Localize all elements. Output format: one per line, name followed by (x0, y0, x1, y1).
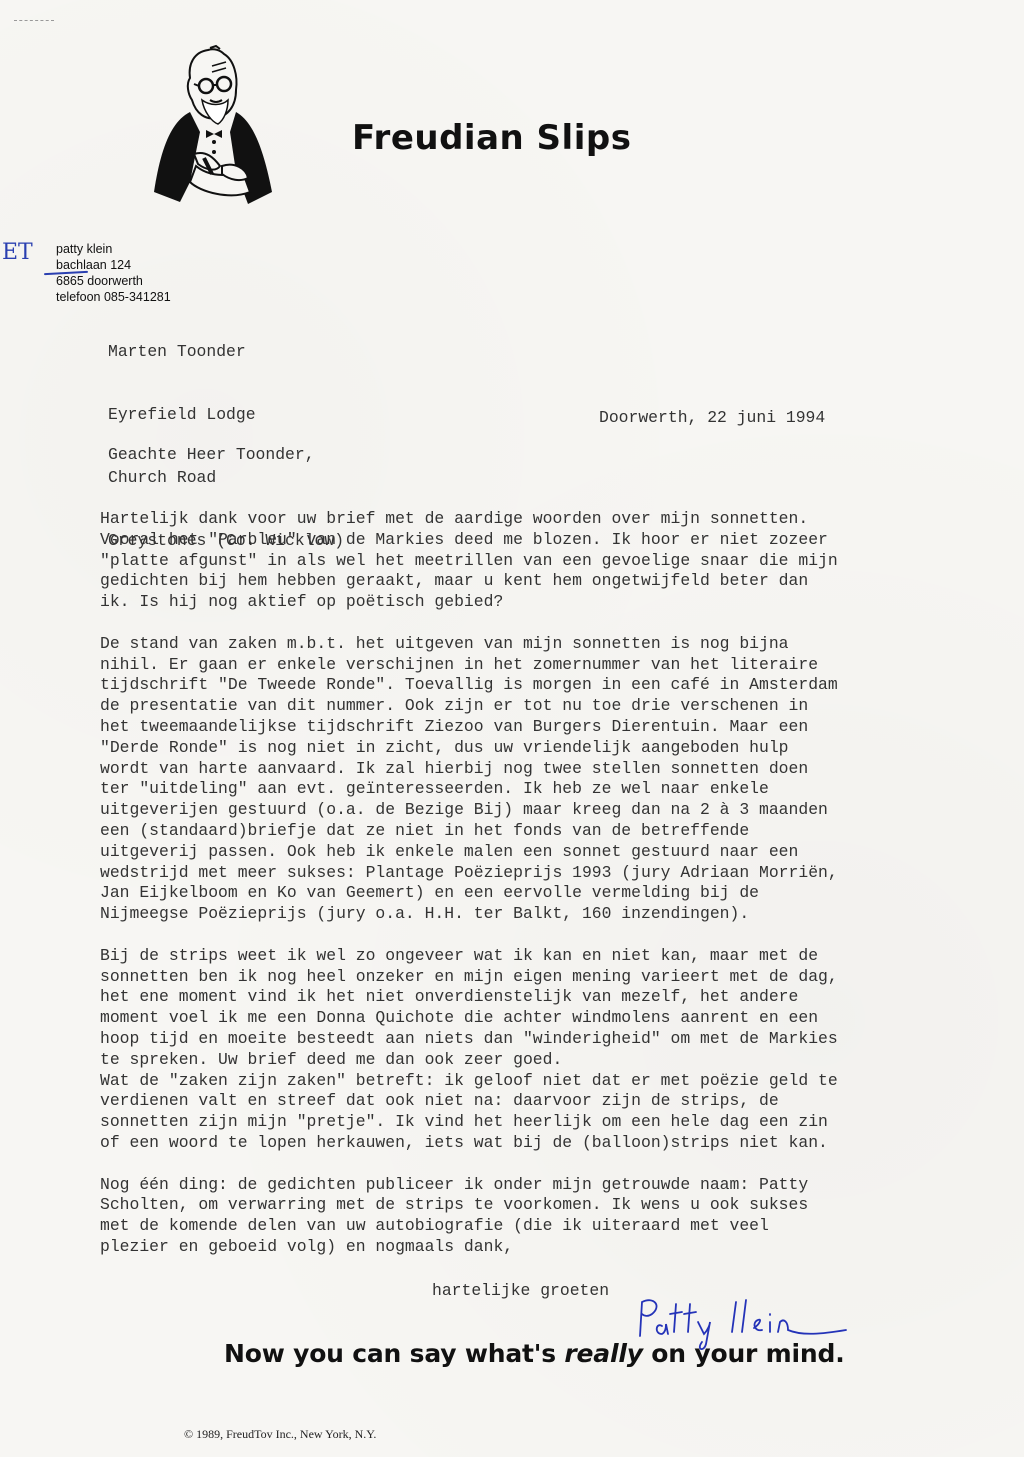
paragraph: Hartelijk dank voor uw brief met de aard… (100, 509, 920, 613)
text-line: Jan Eijkelboom en Ko van Geemert) en een… (100, 883, 920, 904)
text-line: of een woord te lopen herkauwen, iets wa… (100, 1133, 920, 1154)
freud-caricature-icon (150, 42, 282, 208)
text-line: De stand van zaken m.b.t. het uitgeven v… (100, 634, 920, 655)
copyright-notice: © 1989, FreudTov Inc., New York, N.Y. (184, 1427, 376, 1442)
paragraph: Bij de strips weet ik wel zo ongeveer wa… (100, 946, 920, 1154)
text-line: "Derde Ronde" is nog niet in zicht, dus … (100, 738, 920, 759)
tagline-start: Now you can say what's (224, 1339, 564, 1368)
text-line: moment voel ik me een Donna Quichote die… (100, 1008, 920, 1029)
text-line: sonnetten zijn mijn "pretje". Ik vind he… (100, 1112, 920, 1133)
text-line: nihil. Er gaan er enkele verschijnen in … (100, 655, 920, 676)
tagline-end: on your mind. (643, 1339, 845, 1368)
tagline-emphasis: really (564, 1339, 642, 1368)
recipient-house: Eyrefield Lodge (108, 404, 344, 425)
salutation: Geachte Heer Toonder, (108, 445, 315, 464)
letter-body: Hartelijk dank voor uw brief met de aard… (100, 509, 920, 1278)
text-line: het tweemaandelijkse tijdschrift Ziezoo … (100, 717, 920, 738)
text-line: plezier en geboeid volg) en nogmaals dan… (100, 1237, 920, 1258)
sender-name: patty klein (56, 241, 171, 257)
sender-street: bachlaan 124 (56, 257, 171, 273)
paragraph: De stand van zaken m.b.t. het uitgeven v… (100, 634, 920, 925)
text-line: ter "uitdeling" aan evt. geïnteresseerde… (100, 779, 920, 800)
text-line: wedstrijd met meer sukses: Plantage Poëz… (100, 863, 920, 884)
footer-tagline: Now you can say what's really on your mi… (224, 1339, 845, 1368)
text-line: "platte afgunst" in als wel het meetrill… (100, 551, 920, 572)
text-line: Bij de strips weet ik wel zo ongeveer wa… (100, 946, 920, 967)
text-line: te spreken. Uw brief deed me dan ook zee… (100, 1050, 920, 1071)
text-line: tijdschrift "De Tweede Ronde". Toevallig… (100, 675, 920, 696)
text-line: een (standaard)briefje dat ze niet in he… (100, 821, 920, 842)
letter-date: Doorwerth, 22 juni 1994 (599, 408, 825, 427)
text-line: gedichten bij hem hebben geraakt, maar u… (100, 571, 920, 592)
recipient-name: Marten Toonder (108, 341, 344, 362)
text-line: Hartelijk dank voor uw brief met de aard… (100, 509, 920, 530)
text-line: het ene moment vind ik het niet onverdie… (100, 987, 920, 1008)
text-line: wordt van harte aanvaard. Ik zal hierbij… (100, 759, 920, 780)
sender-address: patty klein bachlaan 124 6865 doorwerth … (56, 241, 171, 305)
pencil-mark (14, 20, 54, 24)
text-line: uitgeverij passen. Ook heb ik enkele mal… (100, 842, 920, 863)
brand-name: Freudian Slips (352, 118, 631, 158)
text-line: Vooral het "Parbleu" van de Markies deed… (100, 530, 920, 551)
paragraph: Nog één ding: de gedichten publiceer ik … (100, 1175, 920, 1258)
text-line: met de komende delen van uw autobiografi… (100, 1216, 920, 1237)
handwritten-annotation: ET (2, 240, 33, 265)
text-line: Nijmeegse Poëzieprijs (jury o.a. H.H. te… (100, 904, 920, 925)
recipient-street: Church Road (108, 467, 344, 488)
text-line: hoop tijd en moeite besteedt aan niets d… (100, 1029, 920, 1050)
sender-city: 6865 doorwerth (56, 273, 171, 289)
closing: hartelijke groeten (432, 1281, 609, 1300)
text-line: de presentatie van dit nummer. Ook zijn … (100, 696, 920, 717)
text-line: Nog één ding: de gedichten publiceer ik … (100, 1175, 920, 1196)
text-line: Scholten, om verwarring met de strips te… (100, 1195, 920, 1216)
text-line: Wat de "zaken zijn zaken" betreft: ik ge… (100, 1071, 920, 1092)
text-line: sonnetten ben ik nog heel onzeker en mij… (100, 967, 920, 988)
text-line: ik. Is hij nog aktief op poëtisch gebied… (100, 592, 920, 613)
text-line: uitgeverijen gestuurd (o.a. de Bezige Bi… (100, 800, 920, 821)
text-line: verdienen valt en streef dat ook niet na… (100, 1091, 920, 1112)
